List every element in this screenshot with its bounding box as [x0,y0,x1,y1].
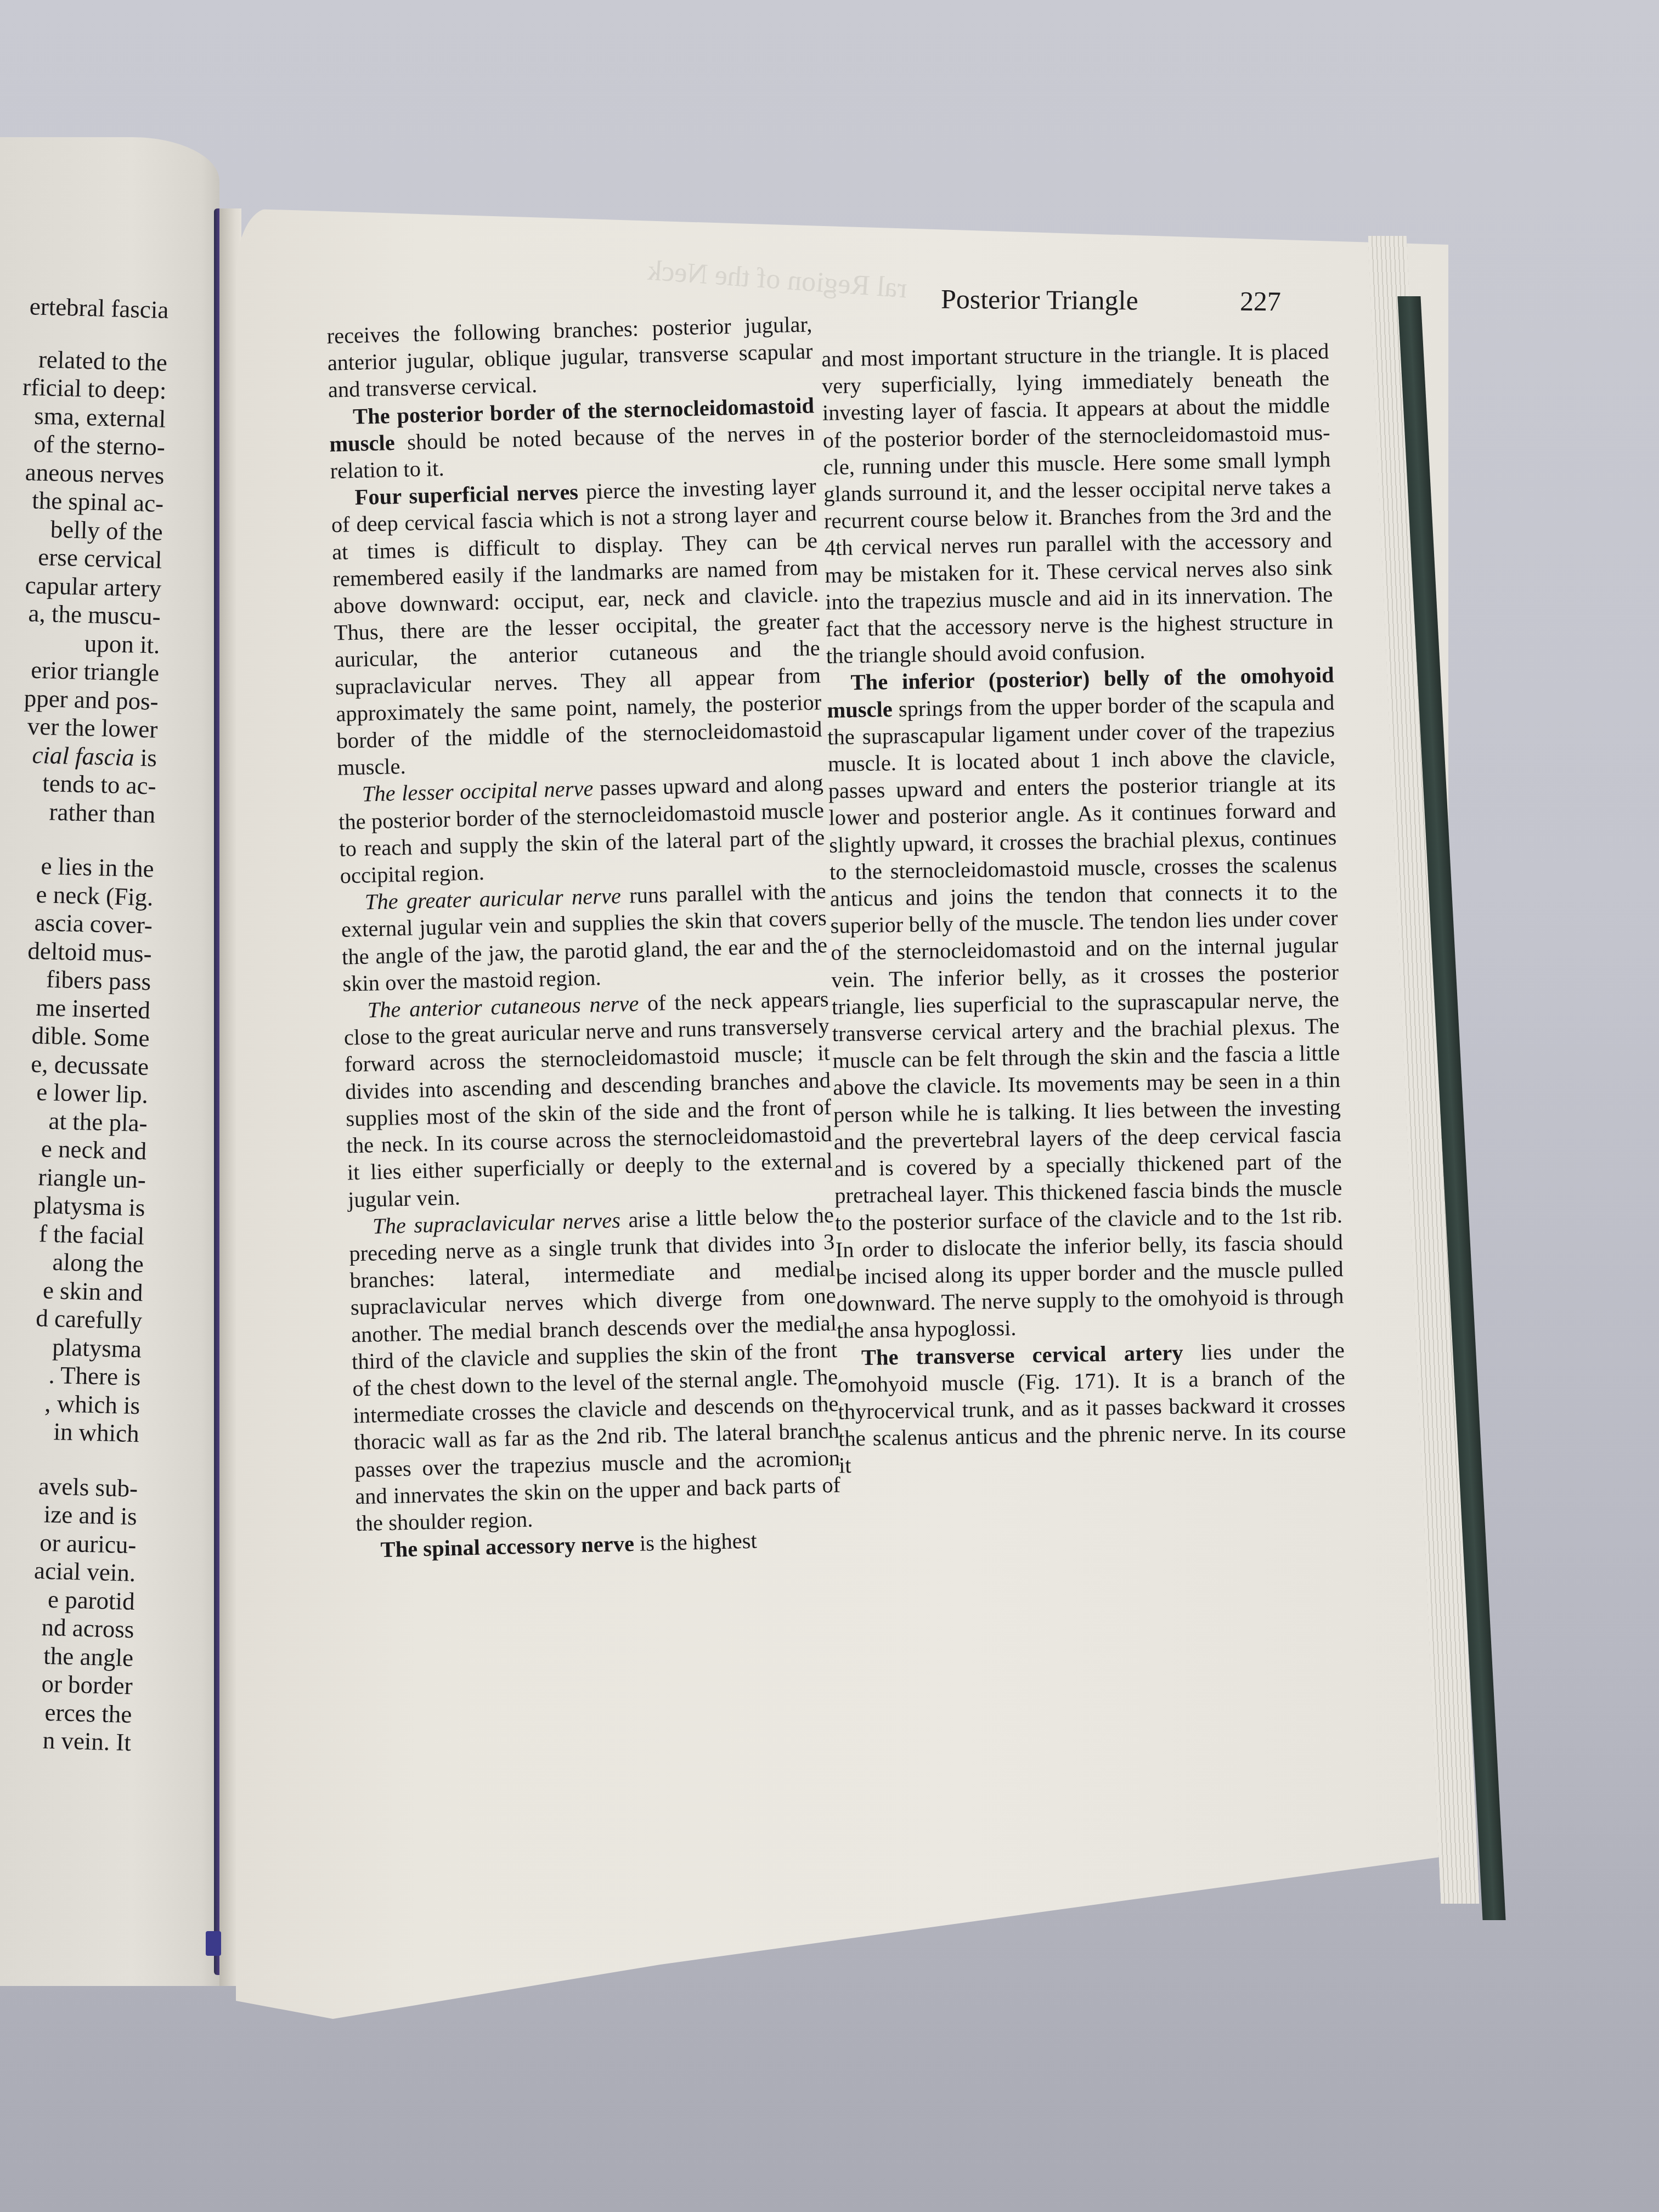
left-page-line: e neck and [0,1131,147,1165]
paragraph-text: is the highest [634,1528,757,1556]
left-page-line: erse cervical [0,540,162,574]
paragraph: The supraclavicular nerves arise a littl… [348,1201,842,1537]
left-page-line: rficial to deep: [0,371,167,405]
paragraph-text: and most important structure in the tria… [821,338,1333,668]
left-page-line: cial fascia is [0,738,157,772]
left-page-line: related to the [0,342,168,376]
italic-term: The lesser occipital nerve [362,776,593,806]
paragraph-text: springs from the upper border of the sca… [827,690,1344,1343]
paragraph: The lesser occipital nerve passes upward… [337,770,826,889]
left-page-line: along the [0,1244,144,1278]
left-page-line: tends to ac- [0,766,156,800]
left-page-line: ver the lower [0,710,158,744]
left-page-line: . There is [0,1357,141,1391]
left-page-line: erior triangle [0,653,160,687]
left-page-lines: related to therficial to deep:sma, exter… [0,342,168,1757]
left-page-line: aneous nerves [0,455,165,489]
italic-term: The anterior cutaneous nerve [367,991,639,1023]
paragraph-text: pierce the investing layer of deep cervi… [331,474,822,780]
left-page-line: sma, external [0,399,166,433]
left-page-line: e lower lip. [0,1075,149,1109]
left-page-line: pper and pos- [0,681,159,715]
left-page-line: belly of the [0,512,163,546]
left-page-line: ize and is [0,1497,137,1531]
paragraph: The inferior (posterior) belly of the om… [826,662,1344,1344]
left-page-line: acial vein. [0,1553,136,1587]
left-page-line: a, the muscu- [0,597,161,631]
left-page-line: d carefully [0,1301,143,1335]
paragraph: The anterior cutaneous nerve of the neck… [343,985,833,1213]
left-page-line: the spinal ac- [0,484,164,518]
paragraph: Four superficial nerves pierce the inves… [330,473,823,782]
left-page-line: avels sub- [0,1469,138,1503]
paragraph: and most important structure in the tria… [821,337,1334,669]
left-page-line: of the sterno- [0,427,165,461]
left-page-line: n vein. It [0,1723,132,1757]
left-page-line: platysma is [0,1188,145,1222]
text-column-1: receives the following branches: posteri… [326,311,842,1564]
bold-term: The transverse cervical artery [861,1340,1183,1369]
headband-tab [206,1931,221,1956]
left-page-line: upon it. [0,625,160,659]
paragraph: The posterior border of the sternocleido… [329,392,816,484]
text-column-2: and most important structure in the tria… [821,337,1346,1479]
left-page-text: ertebral fascia related to therficial to… [0,290,169,1757]
running-head-title: Posterior Triangle [941,283,1138,317]
paragraph-text: should be noted because of the nerves in… [330,420,815,483]
bold-term: Four superficial nerves [354,479,578,510]
left-page-line: or border [0,1666,133,1700]
page-number: 227 [1240,285,1281,318]
italic-term: The supraclavicular nerves [373,1207,621,1238]
left-page-line: capular artery [0,568,162,602]
left-page-line: ascia cover- [0,906,153,940]
paragraph: The transverse cervical artery lies unde… [837,1336,1347,1480]
left-page-line: nd across [0,1610,134,1644]
left-page-fragment: ertebral fascia related to therficial to… [0,137,219,1986]
left-page-line: fibers pass [0,962,151,996]
paragraph-text: receives the following branches: posteri… [326,312,813,402]
left-page-line: dible. Some [0,1019,150,1053]
left-running-head-fragment: ertebral fascia [0,290,169,324]
bold-term: The spinal accessory nerve [380,1531,634,1562]
left-page-line: e lies in the [0,849,154,883]
paragraph: receives the following branches: posteri… [326,311,814,403]
paragraph: The greater auricular nerve runs paralle… [340,877,828,997]
running-head: Posterior Triangle 227 [941,283,1281,317]
paragraph-text: arise a little below the preceding nerve… [349,1203,841,1536]
left-page-line: in which [0,1414,139,1448]
italic-term: The greater auricular nerve [364,883,621,914]
